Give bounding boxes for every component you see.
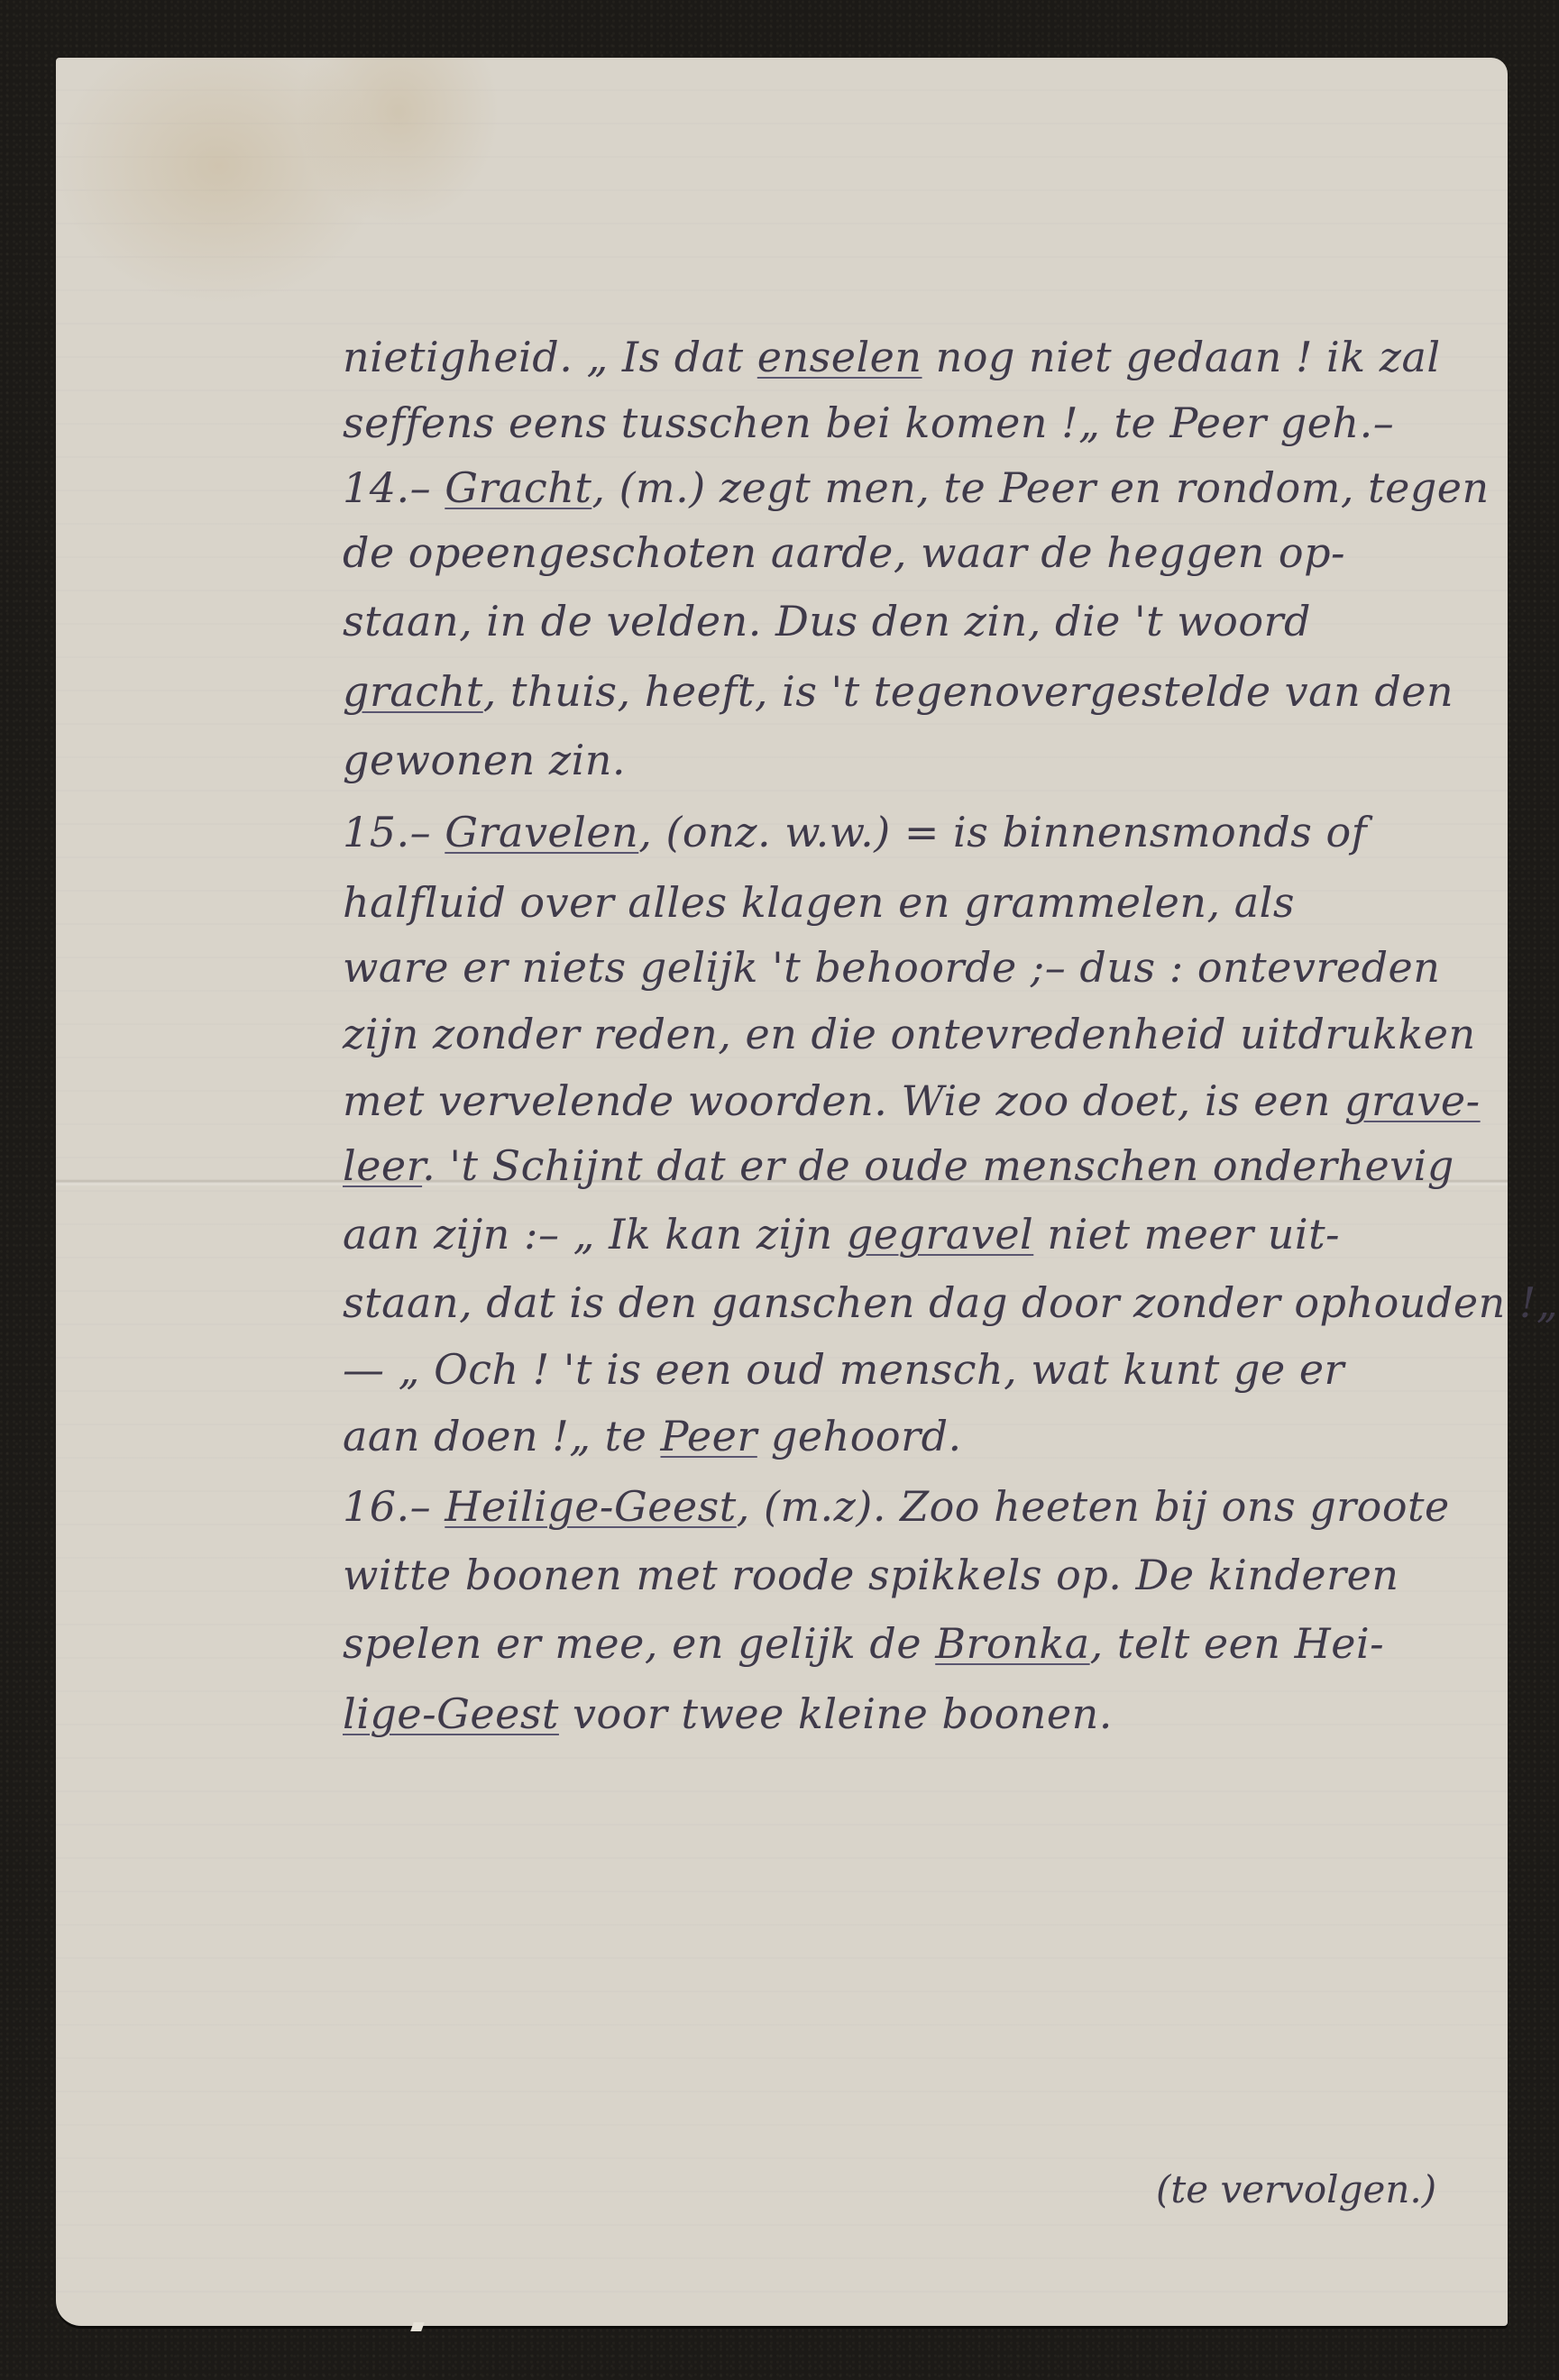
manuscript-line: zijn zonder reden, en die ontevredenheid… (343, 1010, 1476, 1058)
line-text: 14.– (343, 463, 445, 512)
manuscript-line: staan, in de velden. Dus den zin, die 't… (343, 597, 1311, 645)
line-text: seffens eens tusschen bei komen !„ te Pe… (343, 398, 1394, 447)
line-text: witte boonen met roode spikkels op. De k… (343, 1551, 1399, 1599)
line-text: spelen er mee, en gelijk de (343, 1619, 935, 1668)
line-text: met vervelende woorden. Wie zoo doet, is… (343, 1076, 1344, 1125)
manuscript-line: — „ Och ! 't is een oud mensch, wat kunt… (343, 1345, 1344, 1394)
line-text: halfluid over alles klagen en grammelen,… (343, 878, 1295, 927)
manuscript-line: staan, dat is den ganschen dag door zond… (343, 1278, 1558, 1327)
continuation-note: (te vervolgen.) (1156, 2167, 1436, 2211)
manuscript-line: seffens eens tusschen bei komen !„ te Pe… (343, 398, 1394, 447)
underlined-term: leer (343, 1141, 422, 1190)
line-text: staan, in de velden. Dus den zin, die 't… (343, 597, 1311, 645)
underlined-term: Peer (660, 1412, 757, 1460)
manuscript-line: halfluid over alles klagen en grammelen,… (343, 878, 1295, 927)
manuscript-line: lige-Geest voor twee kleine boonen. (343, 1689, 1113, 1738)
underlined-term: grave- (1344, 1076, 1481, 1125)
line-text: zijn zonder reden, en die ontevredenheid… (343, 1010, 1476, 1058)
manuscript-line: ware er niets gelijk 't behoorde ;– dus … (343, 943, 1440, 992)
line-text: , (m.z). Zoo heeten bij ons groote (737, 1482, 1450, 1531)
manuscript-line: de opeengeschoten aarde, waar de heggen … (343, 528, 1345, 577)
manuscript-line: gracht, thuis, heeft, is 't tegenoverges… (343, 667, 1454, 716)
underlined-term: lige-Geest (343, 1689, 559, 1738)
line-text: niet meer uit- (1033, 1210, 1340, 1259)
manuscript-line: 15.– Gravelen, (onz. w.w.) = is binnensm… (343, 808, 1367, 856)
manuscript-line: leer. 't Schijnt dat er de oude menschen… (343, 1141, 1454, 1190)
line-text: , (m.) zegt men, te Peer en rondom, tege… (592, 463, 1489, 512)
manuscript-page: nietigheid. „ Is dat enselen nog niet ge… (56, 58, 1508, 2326)
line-text: , (onz. w.w.) = is binnensmonds of (638, 808, 1367, 856)
line-text: , telt een Hei- (1090, 1619, 1385, 1668)
underlined-term: gracht (343, 667, 483, 716)
line-text: gewonen zin. (343, 736, 626, 784)
line-text: 16.– (343, 1482, 445, 1531)
line-text: gehoord. (757, 1412, 962, 1460)
manuscript-line: nietigheid. „ Is dat enselen nog niet ge… (343, 333, 1441, 381)
underlined-term: gegravel (847, 1210, 1033, 1259)
line-text: staan, dat is den ganschen dag door zond… (343, 1278, 1558, 1327)
underlined-term: Gracht (445, 463, 592, 512)
line-text: , thuis, heeft, is 't tegenovergestelde … (483, 667, 1454, 716)
underlined-term: Heilige-Geest (445, 1482, 736, 1531)
underlined-term: enselen (757, 333, 922, 381)
underlined-term: Bronka (935, 1619, 1089, 1668)
line-text: . 't Schijnt dat er de oude menschen ond… (422, 1141, 1454, 1190)
line-text: voor twee kleine boonen. (559, 1689, 1113, 1738)
line-text: nietigheid. „ Is dat (343, 333, 757, 381)
manuscript-line: 14.– Gracht, (m.) zegt men, te Peer en r… (343, 463, 1490, 512)
line-text: nog niet gedaan ! ik zal (922, 333, 1441, 381)
manuscript-line: witte boonen met roode spikkels op. De k… (343, 1551, 1399, 1599)
line-text: — „ Och ! 't is een oud mensch, wat kunt… (343, 1345, 1344, 1394)
line-text: 15.– (343, 808, 445, 856)
line-text: ware er niets gelijk 't behoorde ;– dus … (343, 943, 1440, 992)
manuscript-line: 16.– Heilige-Geest, (m.z). Zoo heeten bi… (343, 1482, 1450, 1531)
manuscript-line: aan doen !„ te Peer gehoord. (343, 1412, 962, 1460)
underlined-term: Gravelen (445, 808, 638, 856)
line-text: aan zijn :– „ Ik kan zijn (343, 1210, 847, 1259)
manuscript-line: gewonen zin. (343, 736, 626, 784)
paper-tear (410, 2322, 425, 2331)
manuscript-line: met vervelende woorden. Wie zoo doet, is… (343, 1076, 1481, 1125)
line-text: aan doen !„ te (343, 1412, 660, 1460)
line-text: de opeengeschoten aarde, waar de heggen … (343, 528, 1345, 577)
manuscript-line: spelen er mee, en gelijk de Bronka, telt… (343, 1619, 1384, 1668)
manuscript-line: aan zijn :– „ Ik kan zijn gegravel niet … (343, 1210, 1340, 1259)
